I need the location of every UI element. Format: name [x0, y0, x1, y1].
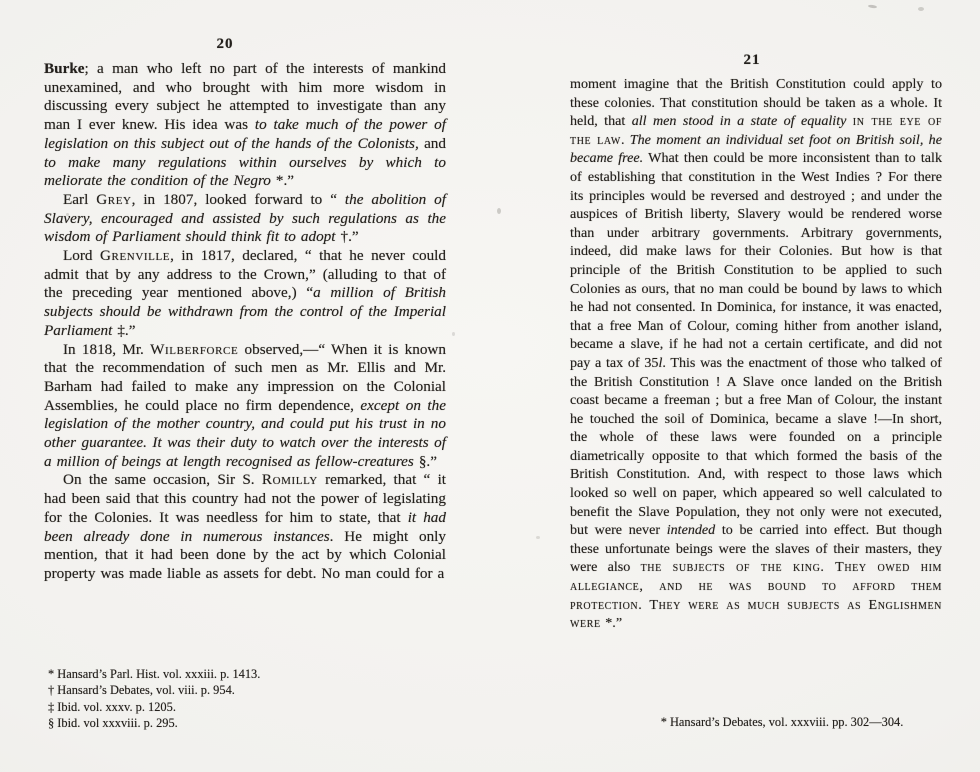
footnote: † Hansard’s Debates, vol. viii. p. 954. — [48, 682, 450, 698]
footnote: ‡ Ibid. vol. xxxv. p. 1205. — [48, 699, 450, 715]
text-segment: Romilly — [262, 471, 318, 488]
footnotes: * Hansard’s Debates, vol. xxxviii. pp. 3… — [570, 714, 968, 730]
text-segment: In 1818, Mr. — [63, 341, 150, 358]
footnote: * Hansard’s Debates, vol. xxxviii. pp. 3… — [596, 714, 968, 730]
text-segment: ‡.” — [112, 322, 135, 339]
page-number: 21 — [566, 52, 938, 69]
text-segment: Wilberforce — [150, 341, 238, 358]
page-body: Burke; a man who left no part of the int… — [44, 60, 446, 584]
page-20: 20 Burke; a man who left no part of the … — [44, 0, 446, 772]
text-segment: §.” — [414, 453, 437, 470]
scan-speck — [66, 213, 69, 216]
text-segment: Earl — [63, 191, 96, 208]
text-segment: *.” — [271, 172, 294, 189]
text-segment: intended — [667, 522, 716, 538]
paragraph: Burke; a man who left no part of the int… — [44, 60, 446, 191]
text-segment: to make many regulations within ourselve… — [44, 154, 446, 190]
page-body: moment imagine that the British Constitu… — [570, 75, 942, 633]
scan-speck — [536, 536, 540, 539]
text-segment: all men stood in a state of equality — [632, 113, 853, 129]
text-segment: Burke — [44, 60, 85, 77]
paragraph: moment imagine that the British Constitu… — [570, 75, 942, 633]
text-segment: Lord — [63, 247, 100, 264]
scan-speck — [497, 208, 501, 214]
text-segment: , in 1807, looked forward to “ — [132, 191, 345, 208]
text-segment: Grey — [96, 191, 131, 208]
text-segment: . — [621, 132, 630, 148]
text-segment: Grenville — [100, 247, 170, 264]
text-segment: †.” — [335, 228, 358, 245]
paragraph: In 1818, Mr. Wilberforce observed,—“ Whe… — [44, 341, 446, 472]
text-segment: and — [419, 135, 446, 152]
footnote: * Hansard’s Parl. Hist. vol. xxxiii. p. … — [48, 666, 450, 682]
page-21: 21 moment imagine that the British Const… — [570, 0, 942, 772]
paragraph: Lord Grenville, in 1817, declared, “ tha… — [44, 247, 446, 341]
text-segment: What then could be more inconsistent tha… — [570, 150, 942, 371]
text-segment: *.” — [601, 615, 622, 631]
scanned-book-spread: 20 Burke; a man who left no part of the … — [0, 0, 980, 772]
scan-speck — [918, 7, 924, 11]
paragraph: Earl Grey, in 1807, looked forward to “ … — [44, 191, 446, 247]
footnotes: * Hansard’s Parl. Hist. vol. xxxiii. p. … — [44, 666, 450, 732]
scan-speck — [452, 332, 455, 336]
footnote: § Ibid. vol xxxviii. p. 295. — [48, 715, 450, 731]
text-segment: On the same occasion, Sir S. — [63, 471, 262, 488]
page-number: 20 — [24, 36, 426, 53]
paragraph: On the same occasion, Sir S. Romilly rem… — [44, 471, 446, 583]
text-segment: . This was the enactment of those who ta… — [570, 355, 942, 538]
